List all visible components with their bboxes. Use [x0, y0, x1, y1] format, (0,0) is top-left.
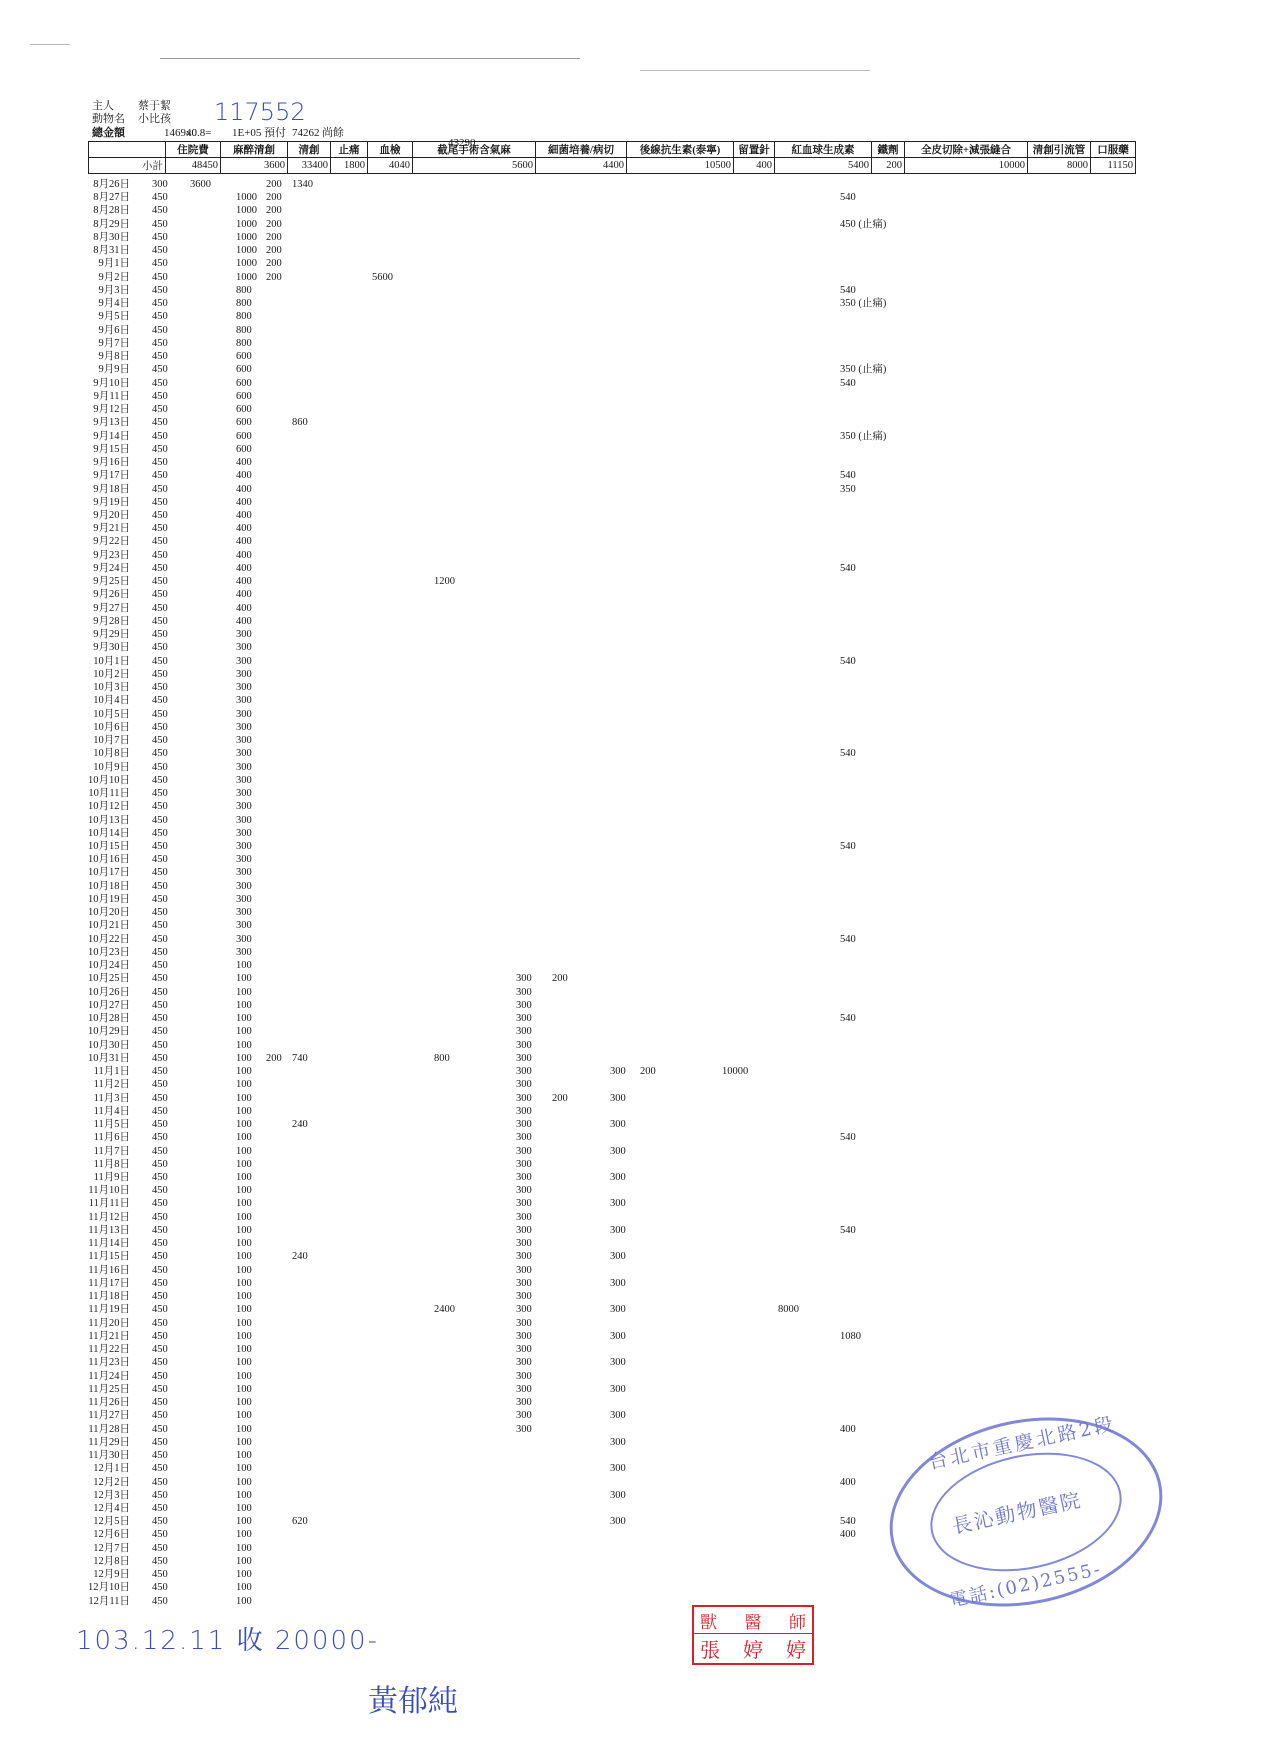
row-date: 11月23日 — [60, 1357, 130, 1369]
row-date: 10月12日 — [60, 801, 130, 813]
row-value: 300 — [610, 1357, 626, 1369]
row-value: 300 — [516, 1291, 532, 1303]
row-date: 8月29日 — [60, 219, 130, 231]
row-value: 450 — [152, 695, 168, 707]
row-value: 450 — [152, 1159, 168, 1171]
row-value: 300 — [236, 920, 252, 932]
row-value: 600 — [236, 378, 252, 390]
row-date: 11月2日 — [60, 1079, 130, 1091]
row-value: 400 — [236, 470, 252, 482]
row-value: 600 — [236, 364, 252, 376]
subtotal-value: 48450 — [166, 158, 221, 174]
row-value: 300 — [516, 1384, 532, 1396]
row-value: 100 — [236, 1225, 252, 1237]
row-value: 100 — [236, 1450, 252, 1462]
row-date: 11月30日 — [60, 1450, 130, 1462]
row-date: 10月22日 — [60, 934, 130, 946]
row-value: 450 — [152, 563, 168, 575]
animal-value: 小比孩 — [138, 113, 171, 125]
column-header: 全皮切除+減張縫合 — [905, 142, 1028, 158]
row-date: 11月8日 — [60, 1159, 130, 1171]
row-value: 450 — [152, 550, 168, 562]
row-value: 3600 — [190, 179, 211, 191]
column-header: 後線抗生素(泰寧) — [627, 142, 734, 158]
row-value: 450 — [152, 219, 168, 231]
row-value: 1000 — [236, 219, 257, 231]
row-value: 100 — [236, 1251, 252, 1263]
row-date: 9月12日 — [60, 404, 130, 416]
row-value: 300 — [516, 1318, 532, 1330]
row-value: 450 — [152, 669, 168, 681]
row-value: 600 — [236, 404, 252, 416]
row-value: 100 — [236, 1238, 252, 1250]
row-value: 300 — [236, 867, 252, 879]
row-date: 12月9日 — [60, 1569, 130, 1581]
row-value: 450 — [152, 815, 168, 827]
row-value: 450 — [152, 1344, 168, 1356]
row-value: 100 — [236, 1384, 252, 1396]
row-value: 450 — [152, 232, 168, 244]
row-value: 300 — [516, 1132, 532, 1144]
row-value: 450 — [152, 801, 168, 813]
row-value: 540 — [840, 748, 856, 760]
row-value: 300 — [516, 1304, 532, 1316]
row-date: 12月1日 — [60, 1463, 130, 1475]
row-date: 10月5日 — [60, 709, 130, 721]
row-value: 300 — [516, 1066, 532, 1078]
row-date: 12月7日 — [60, 1543, 130, 1555]
row-date: 11月9日 — [60, 1172, 130, 1184]
row-date: 10月29日 — [60, 1026, 130, 1038]
row-value: 450 — [152, 656, 168, 668]
row-value: 740 — [292, 1053, 308, 1065]
row-value: 450 — [152, 907, 168, 919]
row-value: 350 (止痛) — [840, 431, 886, 443]
row-value: 450 — [152, 973, 168, 985]
row-value: 450 — [152, 1026, 168, 1038]
row-value: 450 — [152, 1212, 168, 1224]
row-date: 9月26日 — [60, 589, 130, 601]
row-value: 540 — [840, 563, 856, 575]
scan-artifact — [640, 70, 870, 71]
row-value: 300 — [610, 1463, 626, 1475]
row-value: 1000 — [236, 205, 257, 217]
row-value: 450 — [152, 1331, 168, 1343]
row-value: 300 — [516, 1265, 532, 1277]
scan-artifact — [160, 58, 580, 59]
row-value: 450 — [152, 682, 168, 694]
row-value: 450 (止痛) — [840, 219, 886, 231]
row-value: 1000 — [236, 258, 257, 270]
row-date: 10月1日 — [60, 656, 130, 668]
row-date: 8月27日 — [60, 192, 130, 204]
row-value: 100 — [236, 1556, 252, 1568]
veterinarian-stamp: 獸 醫 師 張 婷 婷 — [692, 1605, 814, 1665]
row-value: 300 — [516, 1026, 532, 1038]
row-value: 300 — [610, 1437, 626, 1449]
column-header: 住院費 — [166, 142, 221, 158]
row-value: 300 — [516, 1146, 532, 1158]
prepaid-value: 74262 — [292, 127, 320, 139]
row-value: 300 — [610, 1331, 626, 1343]
row-date: 11月5日 — [60, 1119, 130, 1131]
row-value: 300 — [236, 815, 252, 827]
row-value: 1080 — [840, 1331, 861, 1343]
row-value: 450 — [152, 1066, 168, 1078]
row-date: 11月21日 — [60, 1331, 130, 1343]
row-value: 300 — [610, 1225, 626, 1237]
owner-label: 主人 — [92, 100, 114, 112]
row-date: 10月15日 — [60, 841, 130, 853]
row-date: 11月25日 — [60, 1384, 130, 1396]
billing-table: 住院費麻醉清創清創止痛血檢截尾手術含氣麻細菌培養/病切後線抗生素(泰寧)留置針紅… — [88, 141, 1136, 174]
row-date: 9月1日 — [60, 258, 130, 270]
row-value: 450 — [152, 391, 168, 403]
row-value: 450 — [152, 325, 168, 337]
row-value: 450 — [152, 1569, 168, 1581]
row-date: 11月7日 — [60, 1146, 130, 1158]
row-date: 12月4日 — [60, 1503, 130, 1515]
stamp-char: 婷 — [743, 1634, 763, 1663]
row-value: 450 — [152, 364, 168, 376]
row-value: 450 — [152, 987, 168, 999]
row-value: 1000 — [236, 192, 257, 204]
row-value: 450 — [152, 431, 168, 443]
row-value: 450 — [152, 523, 168, 535]
row-value: 300 — [516, 1397, 532, 1409]
row-date: 10月17日 — [60, 867, 130, 879]
row-value: 450 — [152, 1132, 168, 1144]
row-value: 620 — [292, 1516, 308, 1528]
row-value: 100 — [236, 1582, 252, 1594]
row-value: 600 — [236, 444, 252, 456]
row-date: 12月8日 — [60, 1556, 130, 1568]
row-value: 450 — [152, 1053, 168, 1065]
row-value: 100 — [236, 1596, 252, 1608]
row-date: 11月22日 — [60, 1344, 130, 1356]
row-value: 450 — [152, 603, 168, 615]
row-date: 10月24日 — [60, 960, 130, 972]
row-value: 100 — [236, 1529, 252, 1541]
row-value: 540 — [840, 378, 856, 390]
row-value: 450 — [152, 1450, 168, 1462]
row-value: 300 — [236, 642, 252, 654]
row-value: 100 — [236, 1516, 252, 1528]
row-value: 300 — [236, 722, 252, 734]
row-value: 450 — [152, 245, 168, 257]
row-date: 10月25日 — [60, 973, 130, 985]
row-value: 300 — [610, 1146, 626, 1158]
row-value: 450 — [152, 378, 168, 390]
row-value: 540 — [840, 470, 856, 482]
row-date: 11月18日 — [60, 1291, 130, 1303]
row-value: 400 — [236, 457, 252, 469]
row-date: 9月9日 — [60, 364, 130, 376]
subtotal-value: 5400 — [775, 158, 872, 174]
row-value: 200 — [266, 232, 282, 244]
row-date: 9月24日 — [60, 563, 130, 575]
row-date: 10月20日 — [60, 907, 130, 919]
row-value: 8000 — [778, 1304, 799, 1316]
row-value: 300 — [516, 973, 532, 985]
column-header: 清創 — [288, 142, 331, 158]
row-date: 9月5日 — [60, 311, 130, 323]
row-value: 450 — [152, 854, 168, 866]
row-date: 10月2日 — [60, 669, 130, 681]
row-value: 300 — [236, 762, 252, 774]
row-date: 10月16日 — [60, 854, 130, 866]
row-value: 450 — [152, 616, 168, 628]
row-value: 450 — [152, 1291, 168, 1303]
row-value: 300 — [516, 1225, 532, 1237]
row-value: 450 — [152, 894, 168, 906]
subtotal-value: 200 — [872, 158, 905, 174]
row-value: 450 — [152, 351, 168, 363]
row-date: 9月8日 — [60, 351, 130, 363]
row-value: 300 — [236, 709, 252, 721]
row-value: 450 — [152, 775, 168, 787]
row-date: 9月13日 — [60, 417, 130, 429]
row-value: 450 — [152, 788, 168, 800]
row-value: 100 — [236, 1463, 252, 1475]
column-header: 口服藥 — [1091, 142, 1136, 158]
row-value: 300 — [236, 748, 252, 760]
hospital-stamp: 台北市重慶北路2段 長沁動物醫院 電話:(02)2555- — [872, 1393, 1180, 1630]
row-date: 11月14日 — [60, 1238, 130, 1250]
row-value: 100 — [236, 1397, 252, 1409]
row-value: 540 — [840, 192, 856, 204]
subtotal-value: 4400 — [536, 158, 627, 174]
row-value: 600 — [236, 431, 252, 443]
total-label: 總金額 — [92, 127, 125, 139]
row-value: 300 — [236, 788, 252, 800]
row-value: 100 — [236, 1119, 252, 1131]
row-date: 10月11日 — [60, 788, 130, 800]
row-value: 300 — [610, 1093, 626, 1105]
row-value: 450 — [152, 536, 168, 548]
row-value: 800 — [236, 298, 252, 310]
row-value: 450 — [152, 828, 168, 840]
row-value: 300 — [610, 1516, 626, 1528]
column-header — [89, 142, 166, 158]
row-value: 450 — [152, 722, 168, 734]
row-date: 10月14日 — [60, 828, 130, 840]
row-value: 450 — [152, 1278, 168, 1290]
row-value: 300 — [236, 801, 252, 813]
row-value: 200 — [640, 1066, 656, 1078]
row-value: 450 — [152, 934, 168, 946]
row-value: 450 — [152, 1397, 168, 1409]
row-value: 100 — [236, 1106, 252, 1118]
row-date: 10月31日 — [60, 1053, 130, 1065]
row-date: 11月15日 — [60, 1251, 130, 1263]
row-value: 300 — [516, 1000, 532, 1012]
row-date: 12月2日 — [60, 1477, 130, 1489]
column-header: 麻醉清創 — [221, 142, 288, 158]
row-date: 11月10日 — [60, 1185, 130, 1197]
row-value: 300 — [516, 1357, 532, 1369]
row-date: 10月19日 — [60, 894, 130, 906]
row-date: 12月11日 — [60, 1596, 130, 1608]
row-date: 8月30日 — [60, 232, 130, 244]
row-value: 300 — [516, 1013, 532, 1025]
row-value: 100 — [236, 1212, 252, 1224]
row-value: 450 — [152, 881, 168, 893]
row-value: 300 — [152, 179, 168, 191]
row-value: 800 — [236, 311, 252, 323]
row-value: 100 — [236, 1026, 252, 1038]
row-value: 450 — [152, 1437, 168, 1449]
row-value: 540 — [840, 285, 856, 297]
row-date: 9月7日 — [60, 338, 130, 350]
row-value: 300 — [516, 1172, 532, 1184]
row-value: 100 — [236, 987, 252, 999]
column-header: 留置針 — [734, 142, 775, 158]
row-value: 300 — [236, 656, 252, 668]
owner-value: 蔡于絜 — [138, 100, 171, 112]
row-value: 200 — [552, 1093, 568, 1105]
row-value: 450 — [152, 1251, 168, 1263]
row-date: 9月29日 — [60, 629, 130, 641]
row-value: 450 — [152, 748, 168, 760]
row-value: 100 — [236, 1437, 252, 1449]
column-header: 血檢 — [368, 142, 413, 158]
row-date: 11月20日 — [60, 1318, 130, 1330]
row-value: 450 — [152, 762, 168, 774]
row-value: 450 — [152, 1106, 168, 1118]
row-value: 100 — [236, 1291, 252, 1303]
row-value: 300 — [516, 987, 532, 999]
row-value: 200 — [552, 973, 568, 985]
row-value: 100 — [236, 1079, 252, 1091]
row-value: 100 — [236, 1477, 252, 1489]
row-value: 300 — [516, 1212, 532, 1224]
row-value: 400 — [236, 550, 252, 562]
subtotal-value: 3600 — [221, 158, 288, 174]
row-value: 450 — [152, 1529, 168, 1541]
row-value: 540 — [840, 934, 856, 946]
row-date: 9月10日 — [60, 378, 130, 390]
balance-label: 尚餘 — [322, 127, 344, 139]
row-date: 9月11日 — [60, 391, 130, 403]
row-date: 12月6日 — [60, 1529, 130, 1541]
row-value: 450 — [152, 1185, 168, 1197]
row-date: 9月6日 — [60, 325, 130, 337]
discount-factor: x0.8= — [186, 127, 211, 139]
stamp-char: 婷 — [786, 1634, 806, 1663]
row-value: 300 — [610, 1410, 626, 1422]
row-date: 9月18日 — [60, 484, 130, 496]
row-value: 450 — [152, 642, 168, 654]
row-value: 450 — [152, 311, 168, 323]
row-value: 450 — [152, 457, 168, 469]
row-value: 350 (止痛) — [840, 298, 886, 310]
row-value: 300 — [610, 1384, 626, 1396]
row-value: 600 — [236, 417, 252, 429]
row-value: 400 — [236, 589, 252, 601]
row-value: 450 — [152, 1013, 168, 1025]
row-value: 300 — [236, 841, 252, 853]
row-value: 300 — [236, 735, 252, 747]
row-value: 450 — [152, 947, 168, 959]
row-value: 450 — [152, 1463, 168, 1475]
row-value: 1340 — [292, 179, 313, 191]
row-value: 100 — [236, 973, 252, 985]
row-date: 10月8日 — [60, 748, 130, 760]
row-value: 450 — [152, 920, 168, 932]
row-value: 100 — [236, 1503, 252, 1515]
row-value: 300 — [236, 828, 252, 840]
row-date: 9月23日 — [60, 550, 130, 562]
row-date: 9月27日 — [60, 603, 130, 615]
column-header: 鐵劑 — [872, 142, 905, 158]
row-value: 450 — [152, 497, 168, 509]
row-value: 100 — [236, 1146, 252, 1158]
row-value: 300 — [236, 881, 252, 893]
row-value: 600 — [236, 391, 252, 403]
row-value: 100 — [236, 1265, 252, 1277]
row-value: 400 — [236, 484, 252, 496]
row-date: 9月4日 — [60, 298, 130, 310]
row-value: 200 — [266, 192, 282, 204]
row-value: 100 — [236, 960, 252, 972]
row-date: 9月17日 — [60, 470, 130, 482]
subtotal-label: 小計 — [89, 158, 166, 174]
row-value: 450 — [152, 1556, 168, 1568]
row-date: 11月3日 — [60, 1093, 130, 1105]
row-value: 400 — [236, 497, 252, 509]
row-value: 400 — [236, 510, 252, 522]
stamp-char: 師 — [789, 1608, 806, 1633]
row-value: 450 — [152, 1000, 168, 1012]
row-value: 100 — [236, 1410, 252, 1422]
row-date: 11月19日 — [60, 1304, 130, 1316]
row-value: 5600 — [372, 272, 393, 284]
row-value: 300 — [610, 1251, 626, 1263]
subtotal-value: 400 — [734, 158, 775, 174]
row-value: 300 — [610, 1304, 626, 1316]
row-value: 450 — [152, 1477, 168, 1489]
row-value: 450 — [152, 404, 168, 416]
row-value: 300 — [610, 1490, 626, 1502]
row-value: 800 — [236, 338, 252, 350]
stamp-char: 醫 — [745, 1608, 762, 1633]
row-value: 100 — [236, 1093, 252, 1105]
row-value: 400 — [840, 1477, 856, 1489]
row-value: 300 — [516, 1198, 532, 1210]
subtotal-row: 小計48450360033400180040405600440010500400… — [89, 158, 1136, 174]
row-value: 450 — [152, 1596, 168, 1608]
row-value: 450 — [152, 576, 168, 588]
row-value: 400 — [840, 1529, 856, 1541]
row-value: 300 — [516, 1424, 532, 1436]
row-value: 450 — [152, 589, 168, 601]
row-value: 100 — [236, 1066, 252, 1078]
row-value: 450 — [152, 1582, 168, 1594]
row-value: 300 — [516, 1159, 532, 1171]
row-value: 350 (止痛) — [840, 364, 886, 376]
handwritten-signature: 黃郁純 — [368, 1676, 458, 1720]
row-value: 100 — [236, 1371, 252, 1383]
row-value: 1000 — [236, 232, 257, 244]
table-header-row: 住院費麻醉清創清創止痛血檢截尾手術含氣麻細菌培養/病切後線抗生素(泰寧)留置針紅… — [89, 142, 1136, 158]
subtotal-value: 11150 — [1091, 158, 1136, 174]
row-date: 9月3日 — [60, 285, 130, 297]
row-value: 300 — [516, 1079, 532, 1091]
row-value: 200 — [266, 272, 282, 284]
row-value: 450 — [152, 258, 168, 270]
row-date: 11月16日 — [60, 1265, 130, 1277]
